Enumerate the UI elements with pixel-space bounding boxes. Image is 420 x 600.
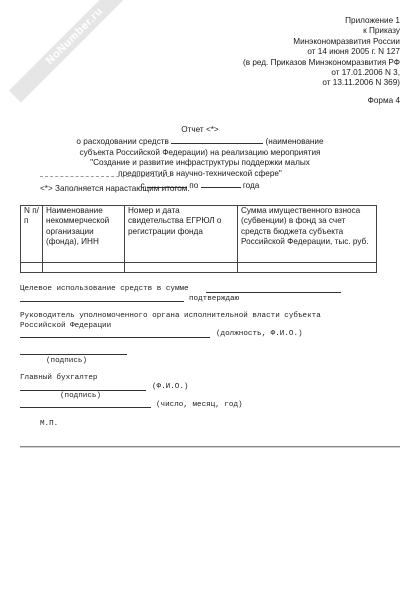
title-suffix: (наименование [265, 137, 323, 146]
head-signature-field[interactable] [20, 354, 127, 355]
position-name-label: (должность, Ф.И.О.) [216, 329, 303, 339]
subject-name-field[interactable] [171, 135, 263, 144]
header-line: от 13.11.2006 N 369) [243, 78, 400, 88]
accountant-label: Главный бухгалтер [20, 373, 97, 383]
stamp-label: М.П. [40, 419, 58, 429]
table-cell[interactable] [43, 263, 125, 273]
table-cell[interactable] [238, 263, 377, 273]
amount-words-field[interactable] [20, 301, 184, 302]
report-title-block: Отчет <*> о расходовании средств (наимен… [50, 125, 350, 191]
col-header-certificate: Номер и дата свидетельства ЕГРЮЛ о регис… [125, 206, 238, 263]
header-line: (в ред. Приказов Минэкономразвития РФ [243, 58, 400, 68]
period-suffix: года [243, 181, 260, 190]
purpose-text: Целевое использование средств в сумме [20, 284, 189, 294]
title-prefix: о расходовании средств [76, 137, 168, 146]
watermark: NoNumber.ru [9, 0, 141, 103]
table-row [21, 263, 377, 273]
col-header-amount: Сумма имущественного взноса (субвенции) … [238, 206, 377, 263]
report-heading: Отчет <*> [50, 125, 350, 135]
title-line-3: "Создание и развитие инфраструктуры подд… [50, 158, 350, 168]
title-line-2: субъекта Российской Федерации) на реализ… [50, 148, 350, 158]
form-number: Форма 4 [368, 96, 400, 106]
header-line: Минэкономразвития России [243, 37, 400, 47]
header-line: к Приказу [243, 26, 400, 36]
appendix-header: Приложение 1 к Приказу Минэкономразвития… [243, 16, 400, 89]
signature-label-1: (подпись) [46, 356, 87, 366]
accountant-name-label: (Ф.И.О.) [152, 382, 188, 392]
head-title-line-2: Российской Федерации [20, 321, 111, 331]
header-line: Приложение 1 [243, 16, 400, 26]
title-line-1: о расходовании средств (наименование [50, 135, 350, 147]
table-header-row: N п/п Наименование некоммерческой органи… [21, 206, 377, 263]
amount-field[interactable] [206, 292, 341, 293]
period-to-field[interactable] [201, 179, 241, 188]
position-name-field[interactable] [20, 337, 210, 338]
header-line: от 17.01.2006 N 3, [243, 68, 400, 78]
head-title-line-1: Руководитель уполномоченного органа испо… [20, 311, 321, 321]
table-cell[interactable] [21, 263, 43, 273]
title-line-4: предприятий в научно-технической сфере" [50, 169, 350, 179]
date-label: (число, месяц, год) [156, 400, 243, 410]
header-line: от 14 июня 2005 г. N 127 [243, 47, 400, 57]
table-cell[interactable] [125, 263, 238, 273]
footnote-divider [40, 176, 170, 177]
col-header-number: N п/п [21, 206, 43, 263]
report-table: N п/п Наименование некоммерческой органи… [20, 205, 377, 273]
footnote: <*> Заполняется нарастающим итогом. [40, 184, 190, 194]
confirm-text: подтверждаю [189, 294, 239, 304]
col-header-organization: Наименование некоммерческой организации … [43, 206, 125, 263]
period-to-label: по [189, 181, 198, 190]
bottom-divider [20, 446, 400, 448]
date-field[interactable] [20, 407, 151, 408]
signature-label-2: (подпись) [60, 391, 101, 401]
